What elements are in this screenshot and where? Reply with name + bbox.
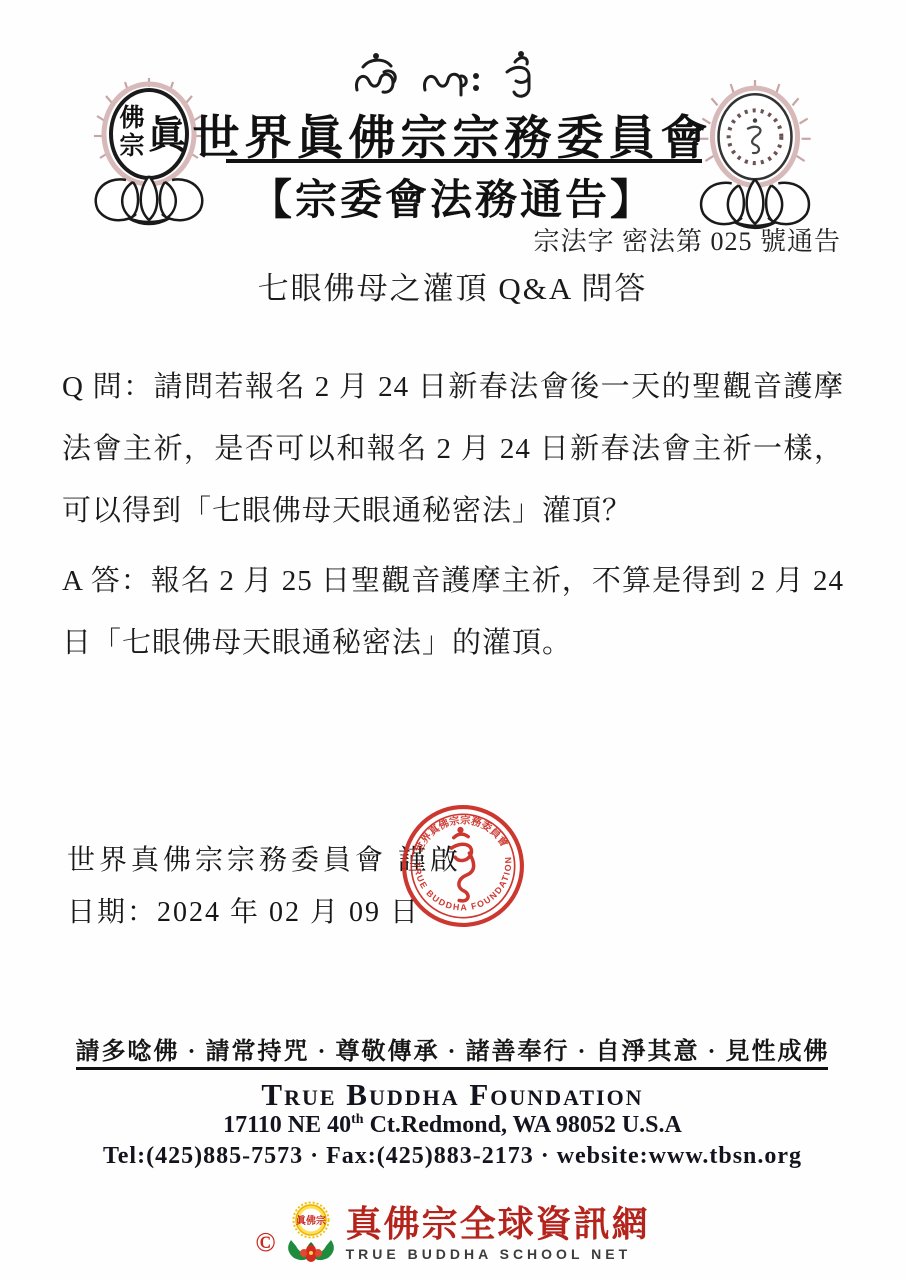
seal-bottom-text: TRUE BUDDHA FOUNDATION — [412, 855, 517, 916]
notice-document: 佛 宗 眞 — [0, 0, 905, 1280]
document-title: 七眼佛母之灌頂 Q&A 問答 — [0, 263, 905, 308]
reference-number: 宗法字 密法第 025 號通告 — [533, 221, 841, 258]
seal-seed-syllable-icon — [450, 826, 476, 901]
org-title: 世界眞佛宗宗務委員會 — [0, 101, 905, 168]
tbsn-site-logo: © 眞佛宗 真佛宗全球資訊網 TRUE BUDDHA SCHOOL NET — [0, 1200, 905, 1266]
copyright-icon: © — [255, 1227, 275, 1258]
tbsn-logo-english: TRUE BUDDHA SCHOOL NET — [346, 1246, 632, 1262]
address-ordinal: th — [351, 1112, 363, 1127]
title-underline — [226, 159, 702, 163]
tbsn-emblem-icon: 眞佛宗 — [284, 1200, 338, 1266]
tbsn-seal-chars: 眞佛宗 — [296, 1214, 326, 1227]
question-paragraph: Q 問：請問若報名 2 月 24 日新春法會後一天的聖觀音護摩法會主祈，是否可以… — [62, 356, 844, 542]
footer-motto: 請多唸佛 · 請常持咒 · 尊敬傳承 · 諸善奉行 · 自淨其意 · 見性成佛 — [0, 1031, 905, 1066]
address-pre: 17110 NE 40 — [223, 1112, 351, 1138]
foundation-red-seal: 世界真佛宗宗務委員會 TRUE BUDDHA FOUNDATION — [397, 800, 529, 932]
footer-rule — [76, 1067, 828, 1070]
tbsn-logo-chinese: 真佛宗全球資訊網 — [346, 1204, 650, 1244]
notice-banner: 【宗委會法務通告】 — [0, 167, 905, 227]
contact-line: Tel:(425)885-7573 · Fax:(425)883-2173 · … — [0, 1143, 905, 1170]
address-line: 17110 NE 40th Ct.Redmond, WA 98052 U.S.A — [0, 1112, 905, 1139]
address-post: Ct.Redmond, WA 98052 U.S.A — [364, 1112, 682, 1138]
org-name-english: True Buddha Foundation — [0, 1077, 905, 1113]
answer-paragraph: A 答：報名 2 月 25 日聖觀音護摩主祈，不算是得到 2 月 24 日「七眼… — [62, 550, 844, 674]
date-line: 日期：2024 年 02 月 09 日 — [67, 890, 420, 930]
svg-text:TRUE BUDDHA FOUNDATION: TRUE BUDDHA FOUNDATION — [412, 855, 517, 916]
